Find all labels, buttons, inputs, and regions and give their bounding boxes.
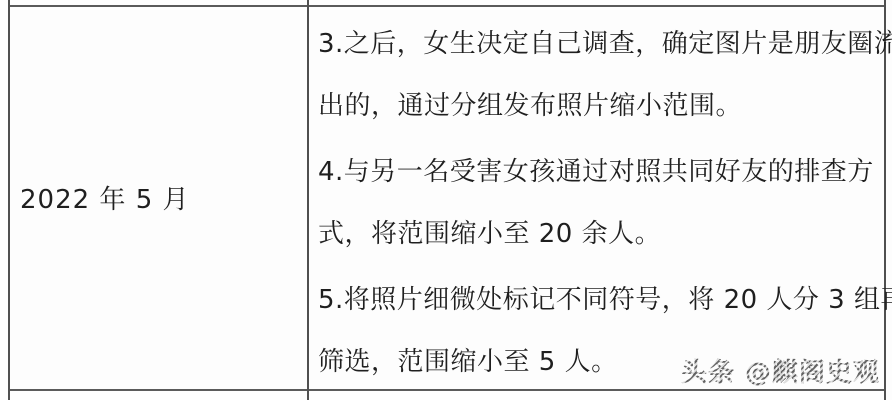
event-5-line-1: 5.将照片细微处标记不同符号，将 20 人分 3 组再次 — [318, 266, 878, 328]
watermark-text: 头条 @麒阁史观 — [681, 358, 880, 388]
events-cell: 3.之后，女生决定自己调查，确定图片是朋友圈流 出的，通过分组发布照片缩小范围。… — [318, 10, 878, 394]
table-right-border — [884, 0, 886, 400]
date-cell: 2022 年 5 月 — [10, 7, 305, 387]
timeline-table-screenshot: 2022 年 5 月 3.之后，女生决定自己调查，确定图片是朋友圈流 出的，通过… — [0, 0, 892, 400]
event-3-line-2: 出的，通过分组发布照片缩小范围。 — [318, 72, 878, 134]
date-text: 2022 年 5 月 — [10, 179, 190, 216]
event-4-line-1: 4.与另一名受害女孩通过对照共同好友的排查方 — [318, 138, 878, 200]
event-4-line-2: 式，将范围缩小至 20 余人。 — [318, 200, 878, 262]
event-3-line-1: 3.之后，女生决定自己调查，确定图片是朋友圈流 — [318, 10, 878, 72]
event-item-3: 3.之后，女生决定自己调查，确定图片是朋友圈流 出的，通过分组发布照片缩小范围。 — [318, 10, 878, 134]
table-column-divider — [307, 0, 309, 400]
watermark: 头条 @麒阁史观 — [681, 352, 880, 389]
event-item-4: 4.与另一名受害女孩通过对照共同好友的排查方 式，将范围缩小至 20 余人。 — [318, 138, 878, 262]
